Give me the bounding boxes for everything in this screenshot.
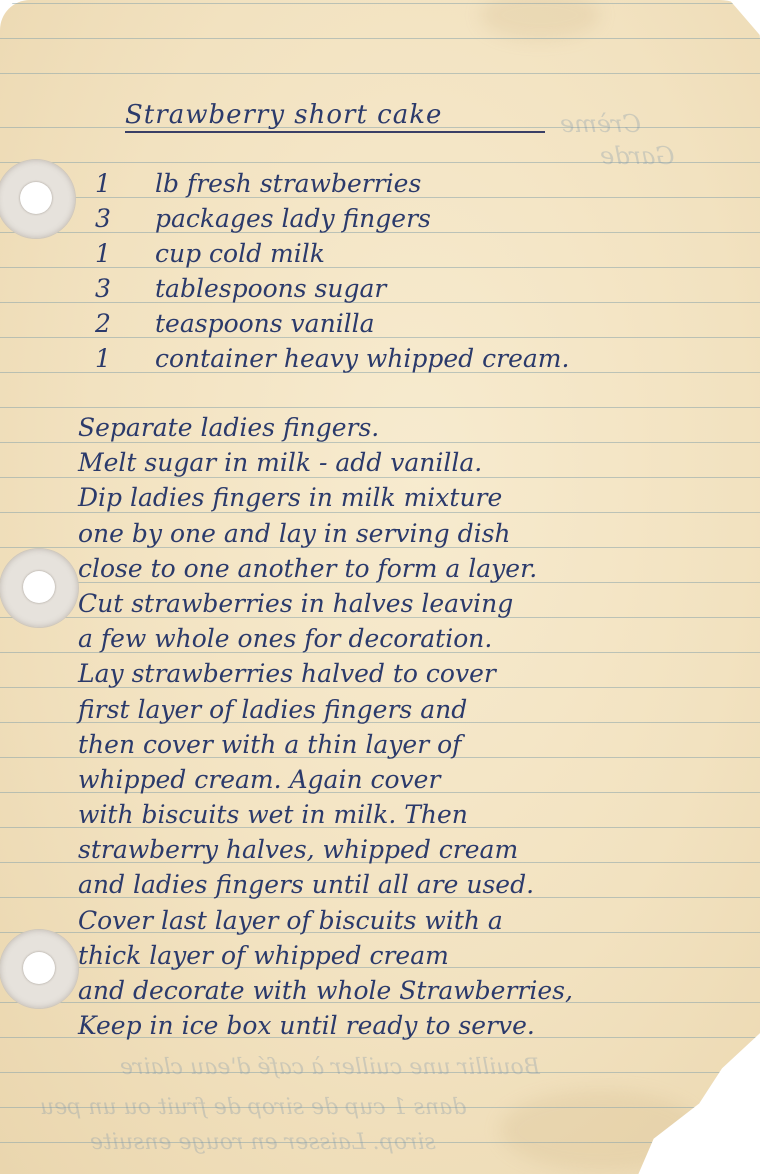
method-line: with biscuits wet in milk. Then (78, 797, 573, 832)
method-line: Cover last layer of biscuits with a (78, 903, 573, 938)
method-line: then cover with a thin layer of (78, 727, 573, 762)
ingredient-name: cup cold milk (155, 236, 325, 271)
bleed-through-text: sirop. Laisser en rouge ensuite (90, 1130, 436, 1155)
method-line: Cut strawberries in halves leaving (78, 586, 573, 621)
binder-hole (0, 929, 79, 1009)
method-line: strawberry halves, whipped cream (78, 832, 573, 867)
ingredient-item: 1container heavy whipped cream. (95, 341, 569, 376)
method-line: first layer of ladies fingers and (78, 692, 573, 727)
paper-stain (500, 1090, 700, 1170)
bleed-through-text: Crème (560, 110, 641, 138)
ingredient-name: container heavy whipped cream. (155, 341, 569, 376)
ingredient-quantity: 1 (95, 341, 155, 376)
ingredient-name: teaspoons vanilla (155, 306, 375, 341)
ingredient-item: 3packages lady fingers (95, 201, 569, 236)
ingredient-name: tablespoons sugar (155, 271, 386, 306)
method-line: thick layer of whipped cream (78, 938, 573, 973)
method-text: Separate ladies fingers. Melt sugar in m… (78, 410, 573, 1043)
binder-hole (0, 548, 79, 628)
method-line: Melt sugar in milk - add vanilla. (78, 445, 573, 480)
ingredient-name: lb fresh strawberries (155, 166, 421, 201)
method-line: Separate ladies fingers. (78, 410, 573, 445)
method-line: and decorate with whole Strawberries, (78, 973, 573, 1008)
method-line: and ladies fingers until all are used. (78, 867, 573, 902)
bleed-through-text: dans 1 cup de sirop de fruit ou un peu (40, 1095, 466, 1120)
ingredient-item: 3tablespoons sugar (95, 271, 569, 306)
method-line: one by one and lay in serving dish (78, 516, 573, 551)
ingredient-name: packages lady fingers (155, 201, 431, 236)
method-line: Dip ladies fingers in milk mixture (78, 480, 573, 515)
method-line: close to one another to form a layer. (78, 551, 573, 586)
binder-hole (0, 159, 76, 239)
title-underline (125, 131, 545, 133)
method-line: Lay strawberries halved to cover (78, 656, 573, 691)
ingredient-item: 1cup cold milk (95, 236, 569, 271)
ingredient-item: 1lb fresh strawberries (95, 166, 569, 201)
ingredient-list: 1lb fresh strawberries 3packages lady fi… (95, 166, 569, 376)
recipe-title: Strawberry short cake (125, 100, 442, 130)
ingredient-item: 2teaspoons vanilla (95, 306, 569, 341)
bleed-through-text: Garde (600, 142, 675, 170)
method-line: whipped cream. Again cover (78, 762, 573, 797)
ingredient-quantity: 1 (95, 166, 155, 201)
method-line: Keep in ice box until ready to serve. (78, 1008, 573, 1043)
ingredient-quantity: 3 (95, 201, 155, 236)
method-line: a few whole ones for decoration. (78, 621, 573, 656)
ingredient-quantity: 1 (95, 236, 155, 271)
bleed-through-text: Bouillir une cuiller à café d'eau claire (120, 1055, 540, 1080)
notebook-page: Crème Garde Bouillir une cuiller à café … (0, 0, 760, 1174)
ingredient-quantity: 2 (95, 306, 155, 341)
paper-stain (480, 0, 600, 40)
ingredient-quantity: 3 (95, 271, 155, 306)
